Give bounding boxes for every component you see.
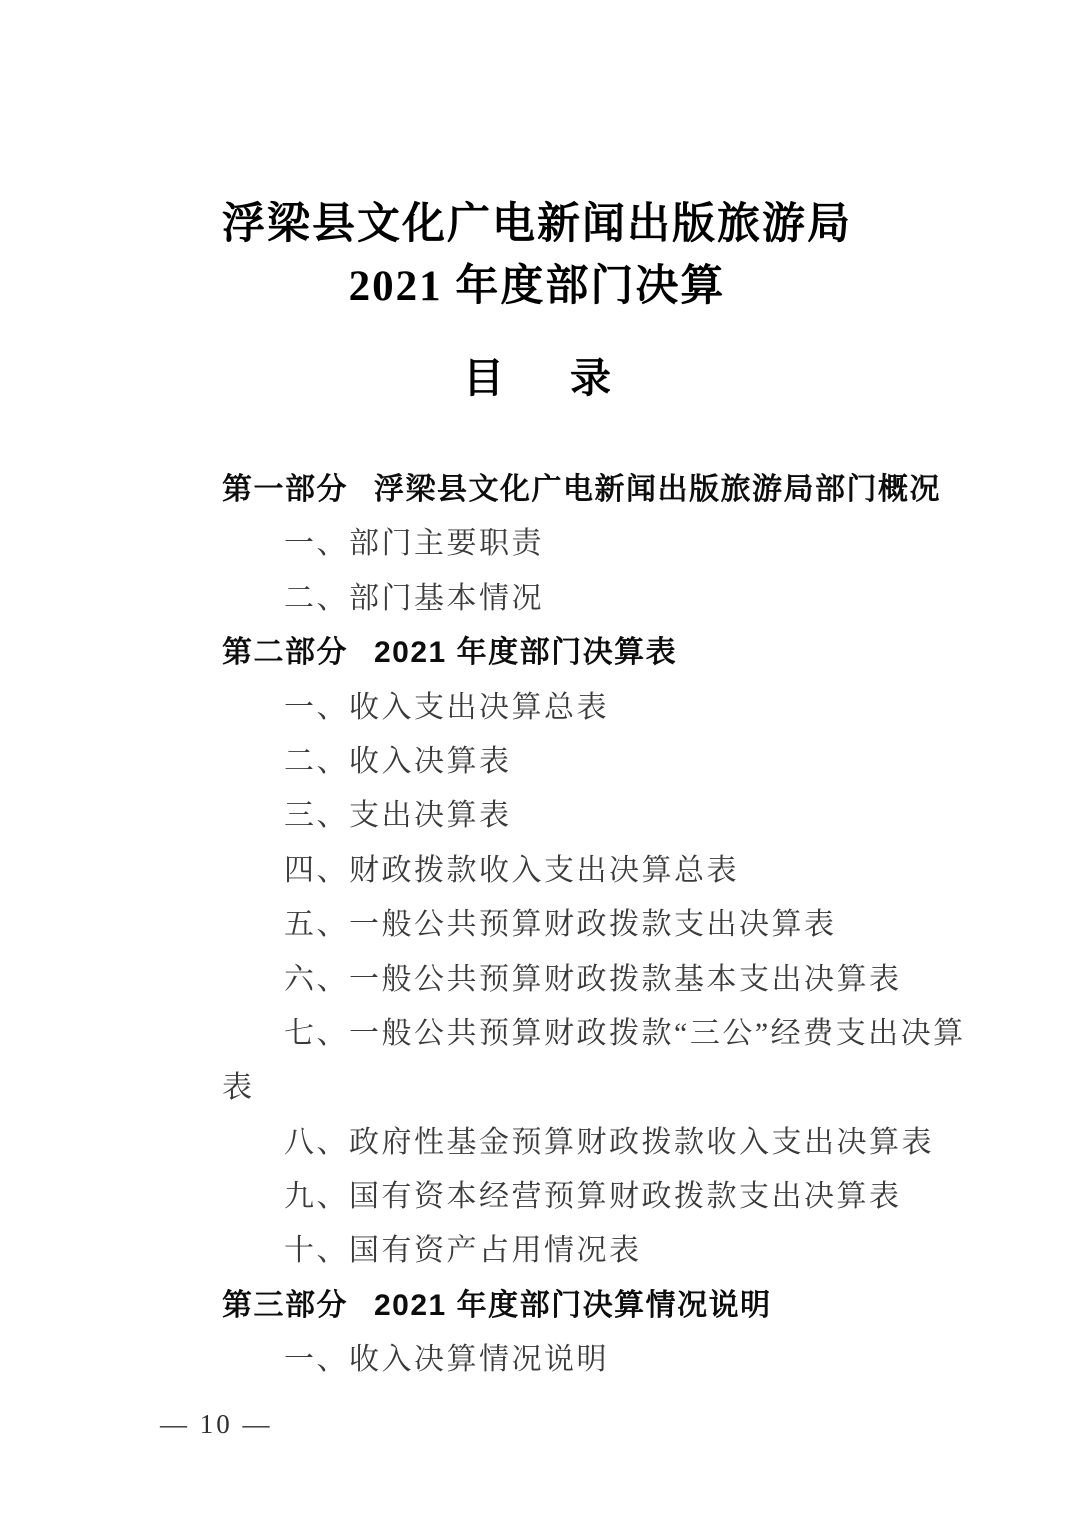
toc-entry: 三、支出决算表 — [222, 789, 1052, 843]
toc-entry: 七、一般公共预算财政拨款“三公”经费支出决算 — [222, 1007, 1052, 1061]
document-title: 浮梁县文化广电新闻出版旅游局 2021 年度部门决算 — [0, 194, 1074, 318]
toc-heading-char-right: 录 — [570, 348, 611, 408]
toc-entry: 一、部门主要职责 — [222, 517, 1052, 571]
toc-entry: 六、一般公共预算财政拨款基本支出决算表 — [222, 953, 1052, 1007]
toc-heading-char-left: 目 — [463, 348, 504, 408]
toc-entry: 四、财政拨款收入支出决算总表 — [222, 844, 1052, 898]
toc-section-title: 浮梁县文化广电新闻出版旅游局部门概况 — [374, 473, 941, 506]
toc-entry: 八、政府性基金预算财政拨款收入支出决算表 — [222, 1116, 1052, 1170]
toc-entry: 十、国有资产占用情况表 — [222, 1224, 1052, 1278]
document-page: 浮梁县文化广电新闻出版旅游局 2021 年度部门决算 目 录 第一部分浮梁县文化… — [0, 0, 1074, 1520]
toc-entry: 五、一般公共预算财政拨款支出决算表 — [222, 898, 1052, 952]
toc-list: 第一部分浮梁县文化广电新闻出版旅游局部门概况一、部门主要职责二、部门基本情况第二… — [222, 463, 1052, 1388]
toc-entry-continuation: 表 — [222, 1061, 1052, 1115]
toc-heading: 目 录 — [0, 348, 1074, 408]
page-number: — 10 — — [160, 1408, 273, 1440]
document-title-line2: 2021 年度部门决算 — [0, 256, 1074, 318]
toc-section-title: 2021 年度部门决算表 — [374, 636, 677, 669]
toc-entry: 二、收入决算表 — [222, 735, 1052, 789]
toc-section-heading: 第三部分2021 年度部门决算情况说明 — [222, 1279, 1052, 1333]
toc-entry: 二、部门基本情况 — [222, 572, 1052, 626]
toc-entry: 九、国有资本经营预算财政拨款支出决算表 — [222, 1170, 1052, 1224]
toc-section-number: 第二部分 — [222, 636, 348, 669]
toc-section-title: 2021 年度部门决算情况说明 — [374, 1289, 772, 1322]
toc-section-number: 第三部分 — [222, 1289, 348, 1322]
toc-section-heading: 第二部分2021 年度部门决算表 — [222, 626, 1052, 680]
document-title-line1: 浮梁县文化广电新闻出版旅游局 — [0, 194, 1074, 256]
toc-entry: 一、收入支出决算总表 — [222, 681, 1052, 735]
toc-section-heading: 第一部分浮梁县文化广电新闻出版旅游局部门概况 — [222, 463, 1052, 517]
toc-entry: 一、收入决算情况说明 — [222, 1333, 1052, 1387]
toc-section-number: 第一部分 — [222, 473, 348, 506]
